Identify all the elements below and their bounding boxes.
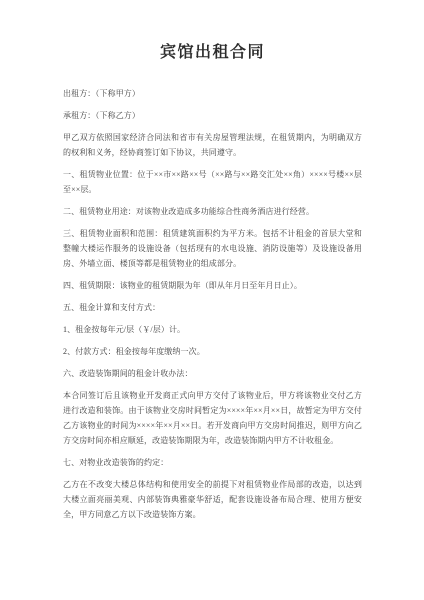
document-title: 宾馆出租合同 [63,42,362,64]
clause-6-heading: 六、改造装饰期间的租金计收办法： [63,366,362,381]
clause-2-usage: 二、租赁物业用途：对该物业改造成多功能综合性商务酒店进行经营。 [63,204,362,219]
contract-document: 宾馆出租合同 出租方：（下称甲方） 承租方：（下称乙方） 甲乙双方依照国家经济合… [0,0,424,600]
clause-4-term: 四、租赁期限：该物业的租赁期限为年（即从年月日至年月日止）。 [63,278,362,293]
preamble-paragraph: 甲乙双方依照国家经济合同法和省市有关房屋管理法规，在租赁期内，为明确双方的权利和… [63,130,362,160]
clause-1-location: 一、租赁物业位置：位于××市××路××号（××路与××路交汇处××角）××××号… [63,167,362,197]
lessor-line: 出租方：（下称甲方） [63,86,362,101]
clause-3-area: 三、租赁物业面积和范围：租赁建筑面积约为平方米。包括不计租金的首层大堂和整幢大楼… [63,226,362,271]
clause-6-body: 本合同签订后且该物业开发商正式向甲方交付了该物业后，甲方将该物业交付乙方进行改造… [63,388,362,448]
clause-5-item-2: 2、付款方式：租金按每年度缴纳一次。 [63,344,362,359]
clause-7-heading: 七、对物业改造装饰的约定： [63,455,362,470]
clause-5-item-1: 1、租金按每年元/层（￥/层）计。 [63,322,362,337]
clause-5-rent-heading: 五、租金计算和支付方式： [63,300,362,315]
clause-7-body: 乙方在不改变大楼总体结构和使用安全的前提下对租赁物业作局部的改造，以达到大楼立面… [63,477,362,522]
lessee-line: 承租方：（下称乙方） [63,108,362,123]
